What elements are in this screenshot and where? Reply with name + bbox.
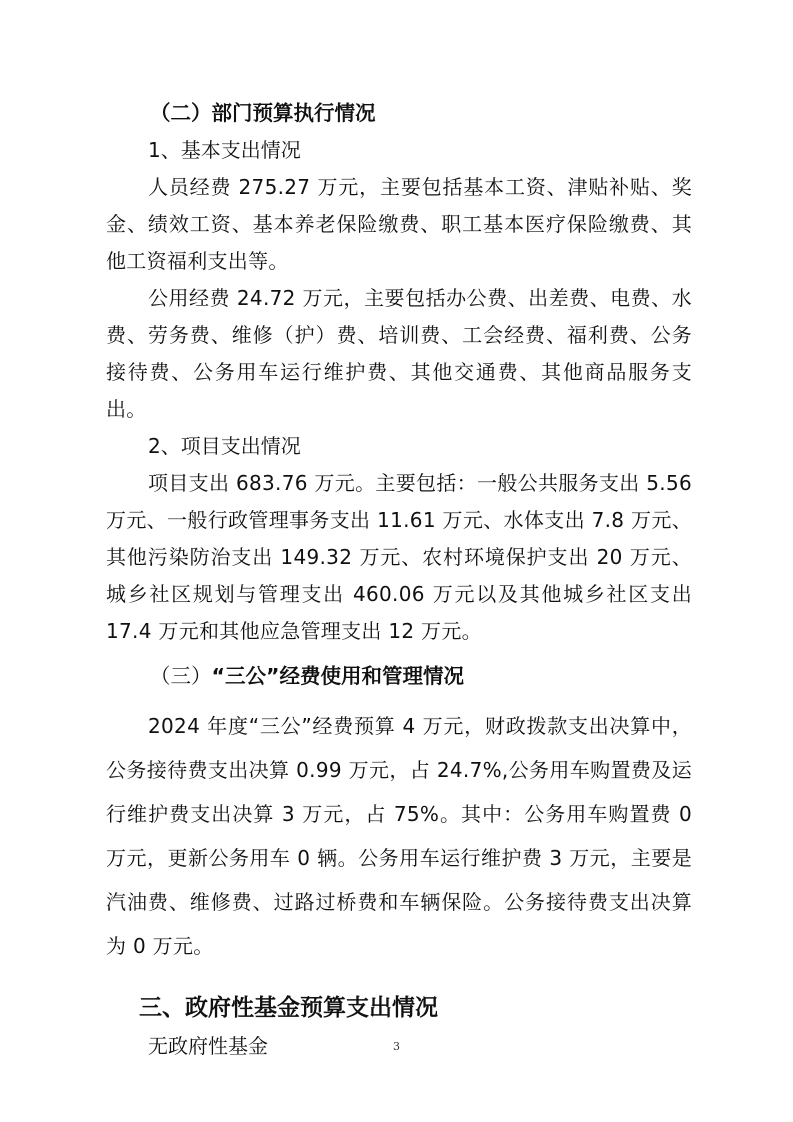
section-heading-dept-budget-execution: （二）部门预算执行情况 xyxy=(106,95,692,132)
page-number: 3 xyxy=(0,1040,793,1053)
paragraph-personnel-funds: 人员经费 275.27 万元，主要包括基本工资、津贴补贴、奖金、绩效工资、基本养… xyxy=(106,169,692,280)
heading-prefix: （三） xyxy=(150,664,212,688)
heading-bold-text: “三公”经费使用和管理情况 xyxy=(212,664,464,688)
paragraph-public-funds: 公用经费 24.72 万元，主要包括办公费、出差费、电费、水费、劳务费、维修（护… xyxy=(106,280,692,428)
document-page: （二）部门预算执行情况 1、基本支出情况 人员经费 275.27 万元，主要包括… xyxy=(106,95,692,1065)
subheading-project-expenditure: 2、项目支出情况 xyxy=(106,428,692,465)
paragraph-project-expenditure: 项目支出 683.76 万元。主要包括：一般公共服务支出 5.56 万元、一般行… xyxy=(106,465,692,650)
section-heading-gov-fund: 三、政府性基金预算支出情况 xyxy=(106,988,692,1028)
subheading-basic-expenditure: 1、基本支出情况 xyxy=(106,132,692,169)
section-heading-three-public-funds: （三）“三公”经费使用和管理情况 xyxy=(106,658,692,695)
paragraph-three-public-funds: 2024 年度“三公”经费预算 4 万元，财政拨款支出决算中，公务接待费支出决算… xyxy=(106,704,692,968)
